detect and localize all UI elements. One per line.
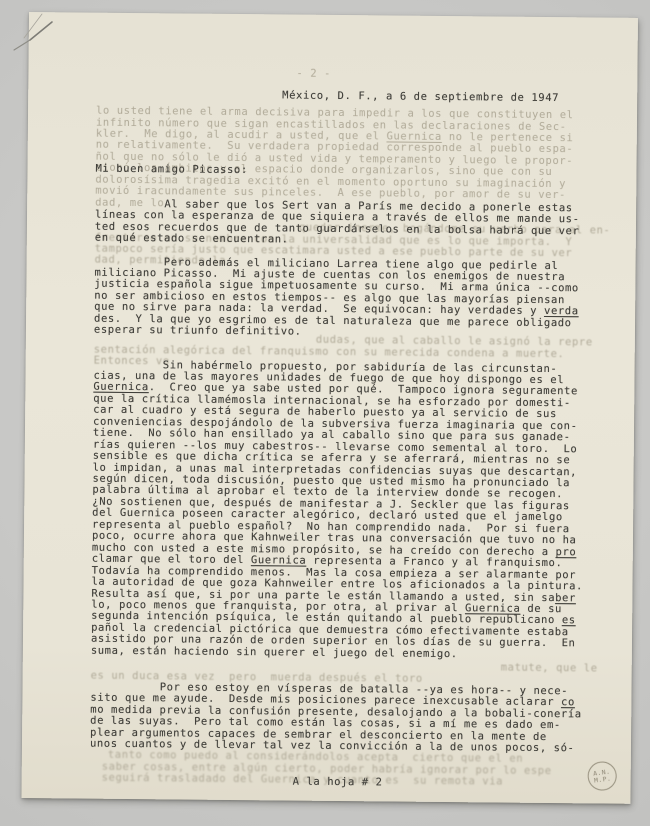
salutation: Mi buen amigo Picasso: bbox=[95, 164, 247, 177]
paragraph: Sin habérmelo propuesto, por sabiduría d… bbox=[91, 359, 585, 661]
staple-icon bbox=[6, 6, 76, 66]
scanned-letter-scene: - 2 -lo usted tiene el arma decisiva par… bbox=[0, 0, 650, 826]
footer-note: A la hoja # 2 bbox=[293, 777, 383, 789]
paragraph: Al saber que los Sert van a París me dec… bbox=[95, 199, 580, 249]
paragraph: Pero además el miliciano Larrea tiene al… bbox=[94, 256, 579, 341]
archive-stamp-line2: M.P. bbox=[594, 775, 612, 784]
paragraph: Por eso estoy en vísperas de batalla --y… bbox=[90, 682, 582, 755]
ghost-line: matute, que le bbox=[501, 663, 598, 675]
letter-page: - 2 -lo usted tiene el arma decisiva par… bbox=[21, 12, 638, 804]
ghost-line: - 2 - bbox=[296, 69, 331, 81]
